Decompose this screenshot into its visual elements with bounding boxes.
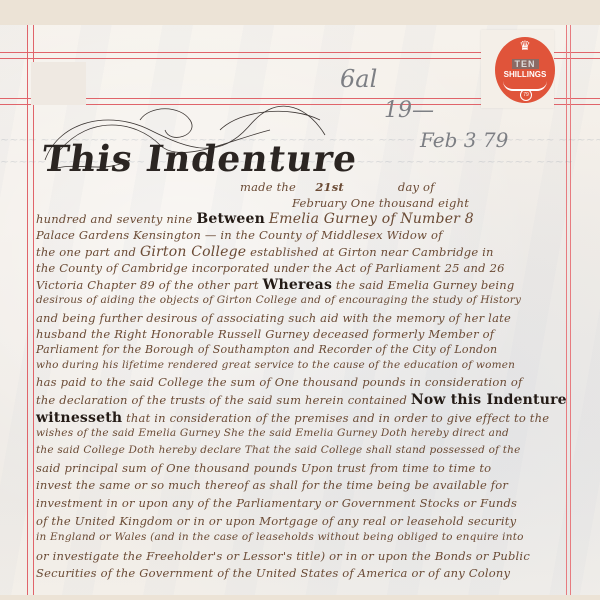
text-line: in England or Wales (and in the case of … (36, 531, 524, 543)
text-line: the one part and Girton College establis… (36, 244, 494, 260)
text-line: said principal sum of One thousand pound… (36, 461, 491, 475)
text-line: who during his lifetime rendered great s… (36, 359, 515, 371)
text-line: the said College Doth hereby declare Tha… (36, 444, 521, 456)
red-margin-left (27, 25, 34, 595)
red-margin-right-line (566, 25, 571, 595)
text-line: the declaration of the trusts of the sai… (36, 392, 567, 408)
text-line: has paid to the said College the sum of … (36, 375, 523, 389)
blank-patch (31, 62, 86, 105)
text-line: the County of Cambridge incorporated und… (36, 261, 505, 275)
stamp-denomination: TEN (512, 59, 539, 69)
text-line: of the United Kingdom or in or upon Mort… (36, 514, 516, 528)
text-line: Securities of the Government of the Unit… (36, 566, 510, 580)
stamp-shillings: SHILLINGS (495, 70, 555, 79)
text-line: investment in or upon any of the Parliam… (36, 496, 517, 510)
text-line: husband the Right Honorable Russell Gurn… (36, 327, 494, 341)
text-line: Victoria Chapter 89 of the other part Wh… (36, 277, 514, 293)
text-line: witnesseth that in consideration of the … (36, 410, 549, 426)
text-line: desirous of aiding the objects of Girton… (36, 294, 521, 306)
text-line: invest the same or so much thereof as sh… (36, 478, 508, 492)
text-line: hundred and seventy nine Between Emelia … (36, 211, 474, 227)
pencil-note-3: Feb 3 79 (420, 128, 508, 152)
text-line: made the 21st day of (240, 180, 435, 194)
text-line: February One thousand eight (292, 196, 469, 210)
pencil-note-2: 19— (384, 98, 434, 123)
text-line: Palace Gardens Kensington — in the Count… (36, 228, 443, 242)
revenue-stamp: ♛ TEN SHILLINGS 79 (495, 37, 555, 103)
document-title: This Indenture (39, 138, 360, 180)
text-line: Parliament for the Borough of Southampto… (36, 343, 497, 356)
text-line: wishes of the said Emelia Gurney She the… (36, 427, 509, 439)
text-line: and being further desirous of associatin… (36, 311, 511, 325)
stamp-number: 79 (520, 89, 532, 101)
text-line: or investigate the Freeholder's or Lesso… (36, 549, 530, 563)
crown-icon: ♛ (517, 40, 533, 52)
pencil-note-1: 6al (340, 65, 377, 93)
